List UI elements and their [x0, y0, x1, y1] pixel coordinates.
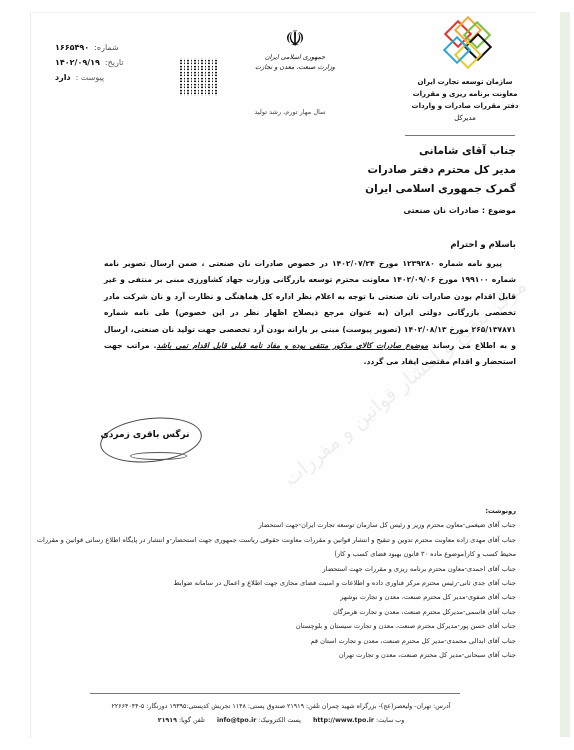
- greeting: باسلام و احترام: [216, 240, 516, 250]
- qr-code-icon: [180, 58, 218, 96]
- org-deputy: معاونت برنامه ریزی و مقررات: [405, 88, 525, 100]
- attachment-value: دارد: [55, 70, 71, 85]
- page-edge-strip: [560, 12, 570, 737]
- org-office: دفتر مقررات صادرات و واردات: [405, 100, 525, 112]
- footer-contacts: وب سایت: http://www.tpo.ir پست الکترونیک…: [46, 714, 516, 728]
- attachment-row: پیوست : دارد: [55, 70, 165, 85]
- letter-number-row: شماره: ۱۶۶۵۴۹۰: [55, 40, 165, 55]
- cc-item: جناب آقای قاسمی-مدیرکل محترم صنعت، معدن …: [36, 605, 516, 619]
- org-name: سازمان توسعه تجارت ایران: [405, 76, 525, 88]
- footer: آدرس: تهران- ولیعصر(عج)- بزرگراه شهید چم…: [46, 700, 516, 728]
- footer-divider: [90, 693, 460, 694]
- organization-lines: سازمان توسعه تجارت ایران معاونت برنامه ر…: [405, 76, 525, 124]
- cc-title: رونوشت:: [36, 504, 516, 518]
- phone-value: ۲۱۹۱۹: [158, 717, 177, 724]
- cc-item: جناب آقای ضیغمی-معاون محترم وزیر و رئیس …: [36, 518, 516, 532]
- addressee-name: جناب آقای شامانی: [256, 142, 516, 161]
- email-link[interactable]: info@tpo.ir: [217, 717, 257, 724]
- ministry-line-1: جمهوری اسلامی ایران: [255, 52, 335, 62]
- year-slogan: سال مهار تورم، رشد تولید: [240, 108, 340, 116]
- addressee-title: مدیر کل محترم دفتر صادرات: [256, 161, 516, 180]
- letter-date-label: تاریخ:: [105, 55, 124, 70]
- letter-meta: شماره: ۱۶۶۵۴۹۰ تاریخ: ۱۴۰۲/۰۹/۱۹ پیوست :…: [55, 40, 165, 85]
- addressee-block: جناب آقای شامانی مدیر کل محترم دفتر صادر…: [256, 142, 516, 199]
- org-position: مدیرکل: [405, 112, 525, 124]
- letter-number-value: ۱۶۶۵۴۹۰: [55, 40, 89, 55]
- cc-item: جناب آقای جدی ثانی-رئیس محترم مرکز فناور…: [36, 576, 516, 590]
- cc-item: جناب آقای احمدی-معاون محترم برنامه ریزی …: [36, 562, 516, 576]
- ministry-block: ☫ جمهوری اسلامی ایران وزارت صنعت، معدن و…: [255, 28, 335, 72]
- letter-date-row: تاریخ: ۱۴۰۲/۰۹/۱۹: [55, 55, 165, 70]
- attachment-label: پیوست :: [76, 70, 105, 85]
- letter-number-label: شماره:: [94, 40, 119, 55]
- phone-label: تلفن گویا:: [179, 717, 205, 724]
- header-divider: [405, 135, 515, 136]
- addressee-organization: گمرک جمهوری اسلامی ایران: [256, 180, 516, 199]
- cc-item: جناب آقای سبحانی-مدیر کل محترم صنعت، معد…: [36, 648, 516, 662]
- cc-item: جناب آقای حسن پور-مدیرکل محترم صنعت، معد…: [36, 619, 516, 633]
- footer-address: آدرس: تهران- ولیعصر(عج)- بزرگراه شهید چم…: [46, 700, 516, 714]
- tpo-logo-icon: [440, 18, 490, 68]
- ministry-line-2: وزارت صنعت، معدن و تجارت: [255, 62, 335, 72]
- organization-block: سازمان توسعه تجارت ایران معاونت برنامه ر…: [405, 18, 525, 124]
- letter-date-value: ۱۴۰۲/۰۹/۱۹: [55, 55, 100, 70]
- signature-stroke: [130, 452, 187, 460]
- iran-emblem-icon: ☫: [255, 28, 335, 52]
- body-underlined-statement: موضوع صادرات کالای مذکور منتفی بوده و مف…: [157, 341, 429, 350]
- cc-list: رونوشت: جناب آقای ضیغمی-معاون محترم وزیر…: [36, 504, 516, 662]
- cc-item: جناب آقای ابدالی محمدی-مدیر کل محترم صنع…: [36, 634, 516, 648]
- letter-subject: موضوع : صادرات نان صنعتی: [216, 206, 516, 215]
- cc-item: جناب آقای صفوی-مدیر کل محترم صنعت، معدن …: [36, 590, 516, 604]
- website-link[interactable]: http://www.tpo.ir: [313, 717, 374, 724]
- signer-name: نرگس باقری زمردی: [95, 430, 195, 440]
- email-label: پست الکترونیک:: [258, 717, 301, 724]
- website-label: وب سایت:: [376, 717, 404, 724]
- cc-item: جناب آقای مهدی زاده معاونت محترم تدوین و…: [36, 533, 516, 562]
